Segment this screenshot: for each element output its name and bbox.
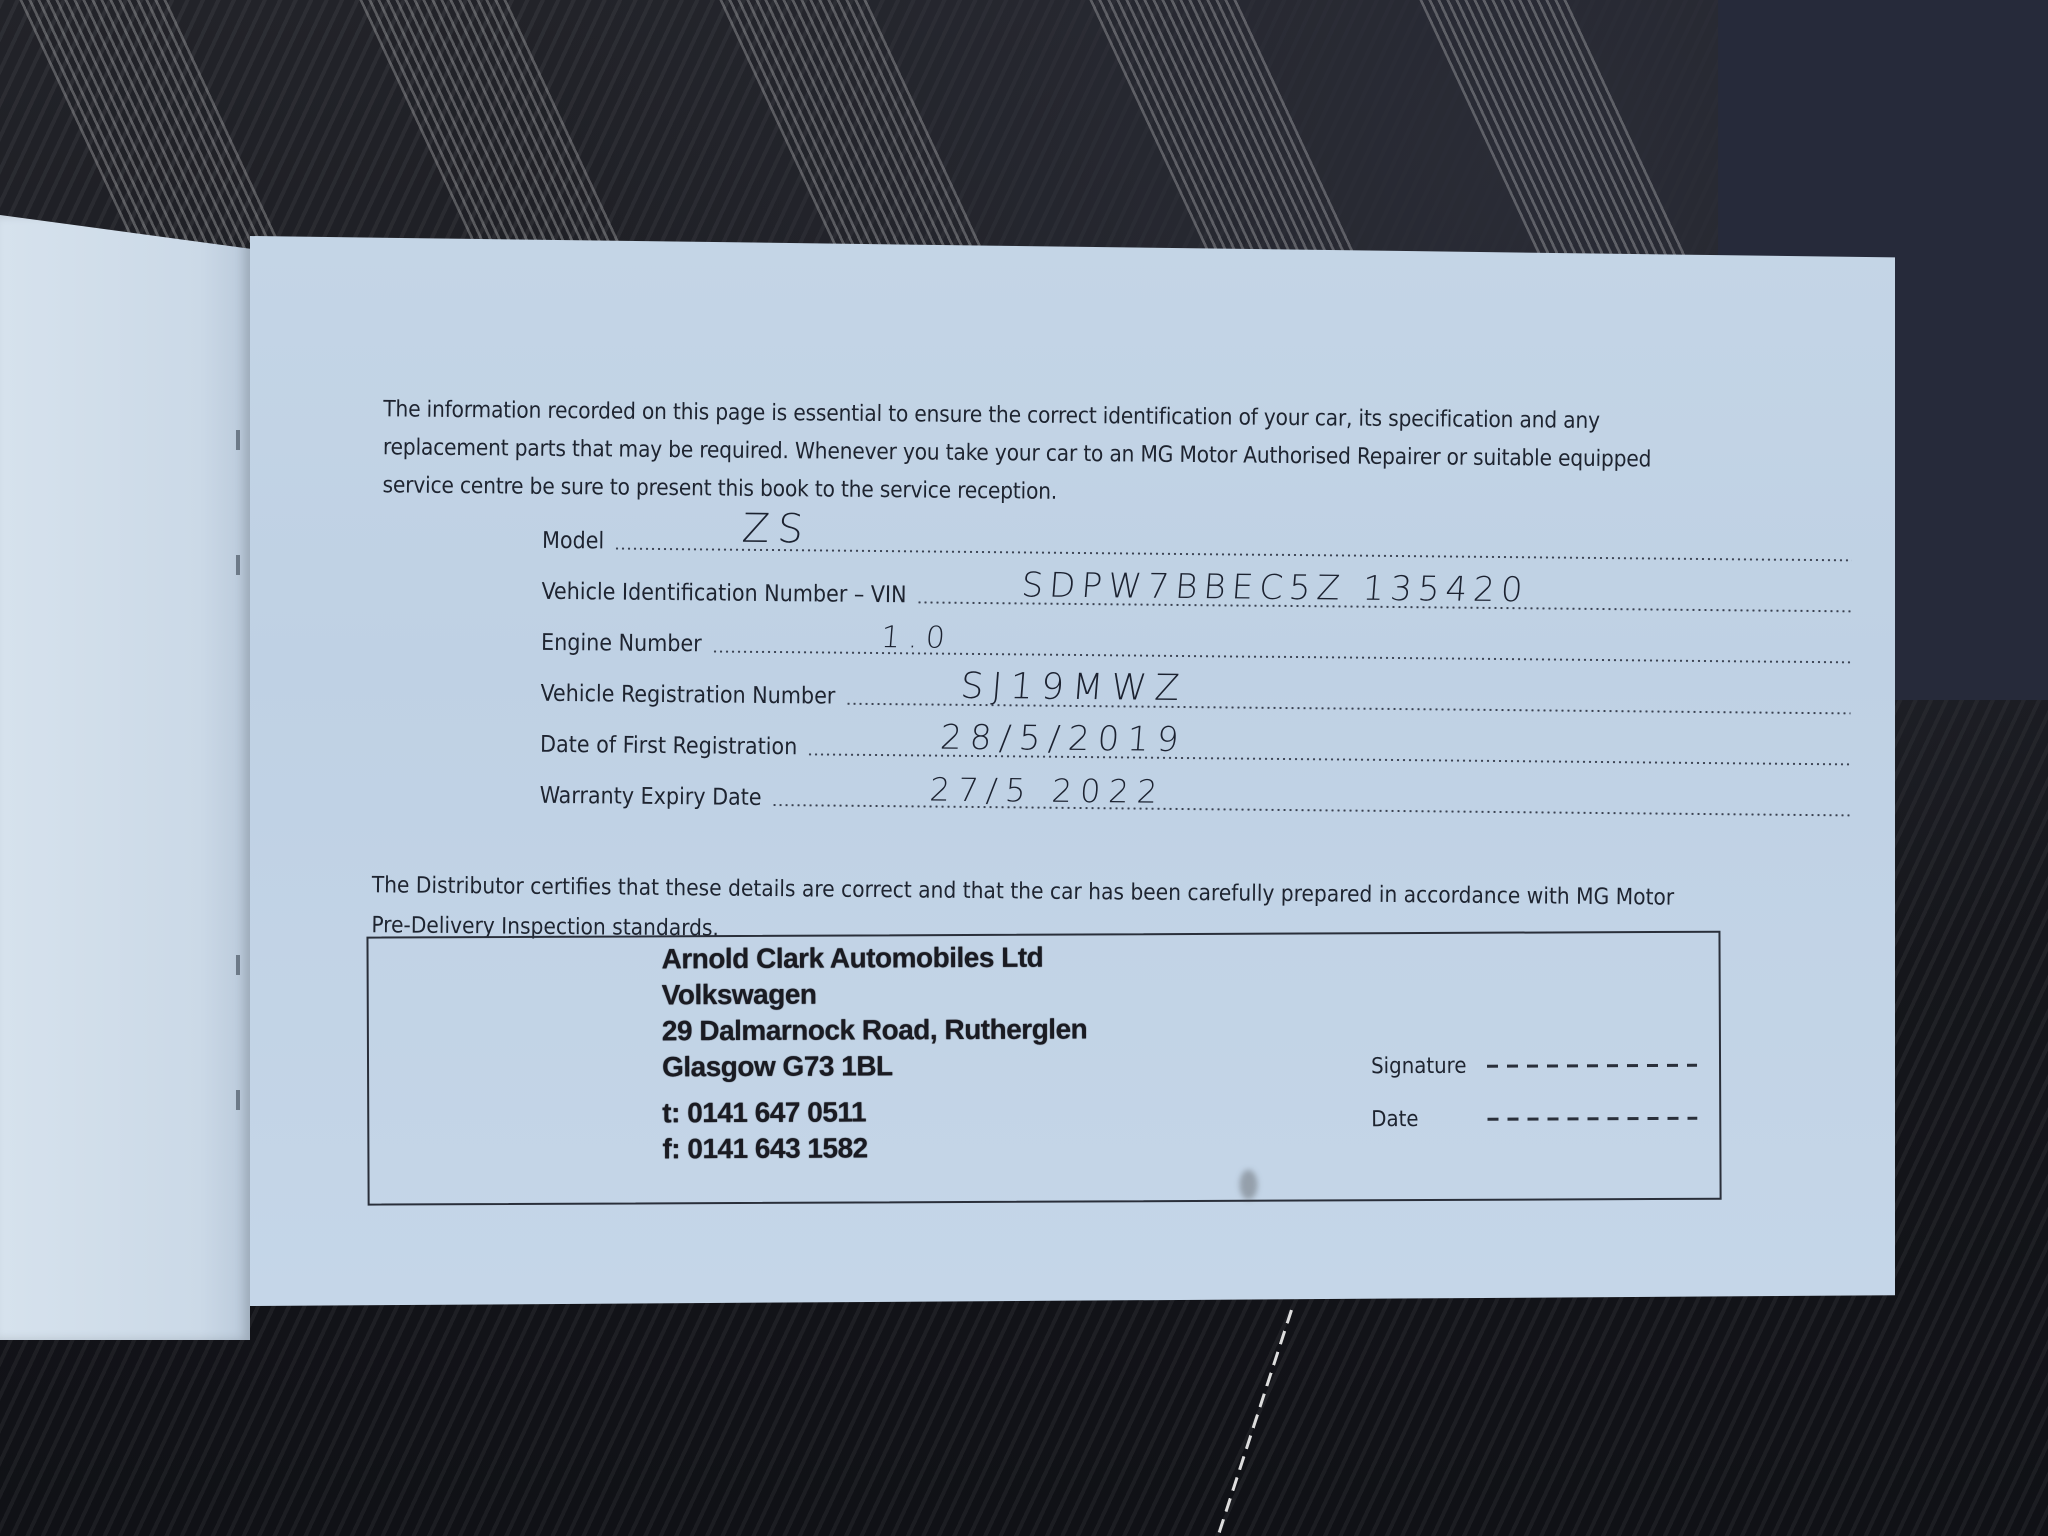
dealer-address-line2: Glasgow G73 1BL bbox=[662, 1047, 1087, 1085]
field-label: Model bbox=[542, 528, 604, 559]
vehicle-identification-page: The information recorded on this page is… bbox=[250, 236, 1895, 1306]
field-value: 27/5 2022 bbox=[928, 771, 1166, 811]
binding-staple bbox=[236, 555, 240, 575]
left-page bbox=[0, 215, 250, 1340]
field-value: 28/5/2019 bbox=[939, 718, 1189, 760]
dealer-stamp-box: Arnold Clark Automobiles Ltd Volkswagen … bbox=[366, 931, 1721, 1206]
date-line bbox=[1487, 1117, 1697, 1121]
date-label: Date bbox=[1371, 1107, 1481, 1132]
field-value: SJ19MWZ bbox=[959, 666, 1189, 709]
signature-label: Signature bbox=[1371, 1054, 1481, 1079]
binding-staple bbox=[236, 1090, 240, 1110]
dealer-fax: f: 0141 643 1582 bbox=[662, 1129, 1087, 1167]
vehicle-details-form: Model ZS Vehicle Identification Number –… bbox=[539, 507, 1852, 826]
field-label: Vehicle Identification Number – VIN bbox=[541, 579, 906, 613]
signature-line bbox=[1487, 1064, 1697, 1068]
binding-staple bbox=[236, 955, 240, 975]
field-label: Date of First Registration bbox=[540, 732, 797, 764]
ink-smudge bbox=[1239, 1170, 1257, 1200]
intro-paragraph: The information recorded on this page is… bbox=[382, 390, 1703, 517]
signature-block: Signature Date bbox=[1371, 1053, 1697, 1160]
field-value: 1.0 bbox=[880, 620, 954, 656]
field-value: SDPW7BBEC5Z 135420 bbox=[1020, 565, 1530, 610]
date-row: Date bbox=[1371, 1106, 1697, 1132]
binding-staple bbox=[236, 430, 240, 450]
signature-row: Signature bbox=[1371, 1053, 1697, 1079]
field-value: ZS bbox=[740, 506, 812, 553]
dealer-brand: Volkswagen bbox=[662, 975, 1087, 1013]
dealer-address-line1: 29 Dalmarnock Road, Rutherglen bbox=[662, 1011, 1087, 1049]
dealer-company: Arnold Clark Automobiles Ltd bbox=[661, 939, 1086, 977]
field-label: Vehicle Registration Number bbox=[540, 681, 835, 714]
field-label: Warranty Expiry Date bbox=[539, 783, 761, 815]
dealer-phone: t: 0141 647 0511 bbox=[662, 1093, 1087, 1131]
field-label: Engine Number bbox=[541, 630, 702, 662]
dealer-stamp: Arnold Clark Automobiles Ltd Volkswagen … bbox=[661, 939, 1087, 1167]
